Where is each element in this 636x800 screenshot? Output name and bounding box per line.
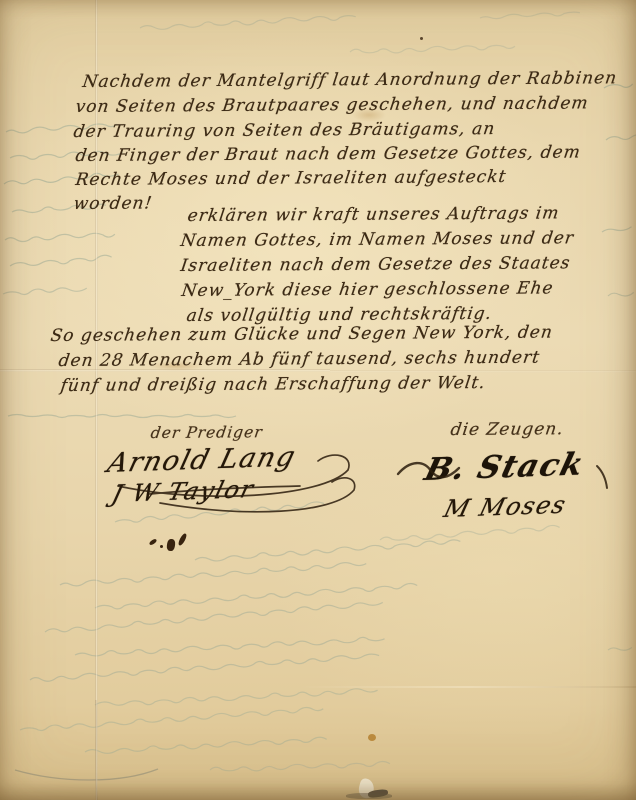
manuscript-line: Rechte Moses und der Israeliten aufgeste… (74, 167, 507, 190)
witnesses-label: die Zeugen. (449, 419, 565, 440)
foxing-spot (368, 734, 376, 741)
officiant-signature: J W Taylor (109, 475, 258, 508)
manuscript-line: den Finger der Braut nach dem Gesetze Go… (74, 142, 582, 166)
officiant-signature: Arnold Lang (104, 442, 299, 479)
ink-speck (420, 37, 423, 40)
manuscript-line: Nachdem der Mantelgriff laut Anordnung d… (81, 68, 618, 92)
tear-smudge (346, 793, 392, 799)
manuscript-line: den 28 Menachem Ab fünf tausend, sechs h… (57, 348, 541, 371)
manuscript-line: Namen Gottes, im Namen Moses und der (179, 228, 575, 251)
manuscript-line: worden! (72, 193, 153, 214)
scanned-page: Nachdem der Mantelgriff laut Anordnung d… (0, 0, 636, 800)
manuscript-line: New_York diese hier geschlossene Ehe (180, 278, 555, 301)
manuscript-line: erklären wir kraft unseres Auftrags im (186, 203, 560, 226)
manuscript-line: Israeliten nach dem Gesetze des Staates (179, 253, 571, 276)
vertical-fold-crease (95, 0, 98, 800)
witness-swash-end (597, 466, 607, 488)
witness-signature: B. Stack (421, 447, 588, 488)
manuscript-line: von Seiten des Brautpaares geschehen, un… (74, 93, 590, 117)
paper-tear (357, 777, 376, 799)
officiant-label: der Prediger (150, 423, 264, 442)
manuscript-line: So geschehen zum Glücke und Segen New Yo… (49, 322, 554, 346)
witness-signature: M Moses (441, 491, 570, 523)
manuscript-line: der Trauring von Seiten des Bräutigams, … (72, 119, 496, 142)
ink-blot (177, 533, 188, 547)
wrinkle-streak (300, 686, 636, 688)
manuscript-line: fünf und dreißig nach Erschaffung der We… (59, 373, 487, 396)
ink-blot (149, 538, 158, 546)
ink-blot (166, 538, 176, 551)
ink-blot (160, 545, 163, 548)
tear-shadow (368, 789, 389, 799)
